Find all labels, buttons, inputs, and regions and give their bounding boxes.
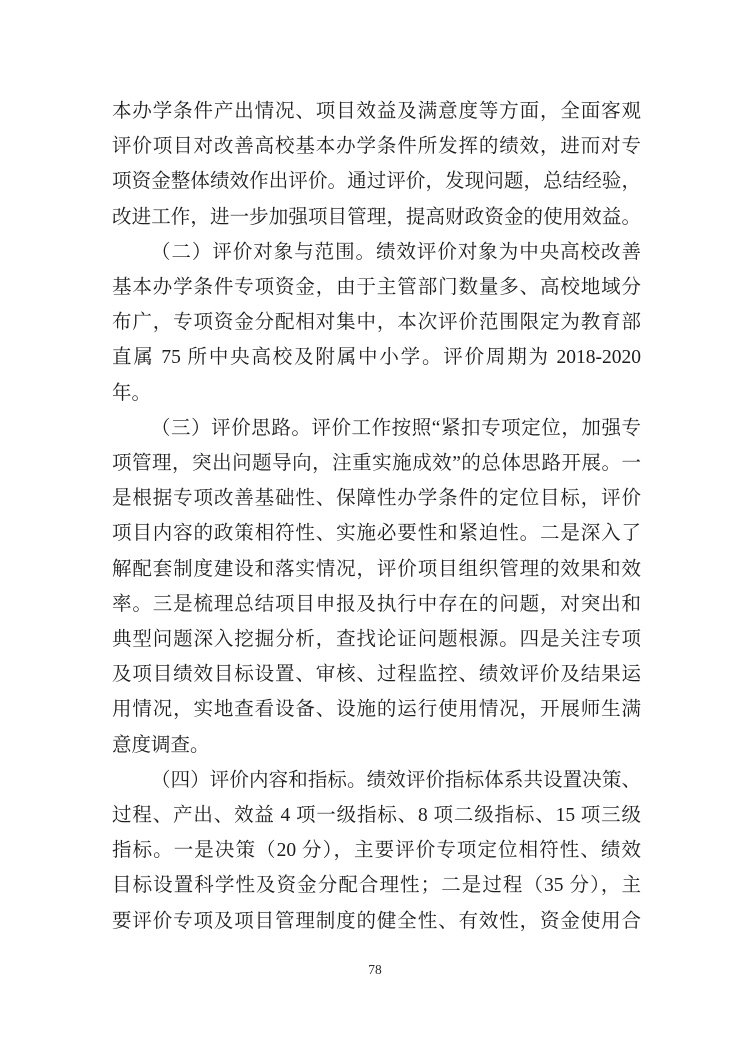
text-line: 项管理，突出问题导向，注重实施成效”的总体思路开展。一	[112, 446, 641, 481]
text-line: （四）评价内容和指标。绩效评价指标体系共设置决策、	[112, 763, 641, 798]
document-page: 本办学条件产出情况、项目效益及满意度等方面，全面客观评价项目对改善高校基本办学条…	[0, 0, 750, 1060]
text-line: 意度调查。	[112, 728, 641, 763]
page-number: 78	[0, 962, 750, 978]
text-line: 年。	[112, 376, 641, 411]
text-line: 项资金整体绩效作出评价。通过评价，发现问题，总结经验，	[112, 164, 641, 199]
text-line: 典型问题深入挖掘分析，查找论证问题根源。四是关注专项	[112, 622, 641, 657]
text-line: 是根据专项改善基础性、保障性办学条件的定位目标，评价	[112, 481, 641, 516]
text-line: 本办学条件产出情况、项目效益及满意度等方面，全面客观	[112, 94, 641, 129]
text-line: （二）评价对象与范围。绩效评价对象为中央高校改善	[112, 235, 641, 270]
text-line: 指标。一是决策（20 分），主要评价专项定位相符性、绩效	[112, 833, 641, 868]
text-line: 解配套制度建设和落实情况，评价项目组织管理的效果和效	[112, 552, 641, 587]
text-line: 目标设置科学性及资金分配合理性；二是过程（35 分），主	[112, 868, 641, 903]
text-line: （三）评价思路。评价工作按照“紧扣专项定位，加强专	[112, 411, 641, 446]
text-line: 率。三是梳理总结项目申报及执行中存在的问题，对突出和	[112, 587, 641, 622]
text-line: 项目内容的政策相符性、实施必要性和紧迫性。二是深入了	[112, 516, 641, 551]
text-line: 要评价专项及项目管理制度的健全性、有效性，资金使用合	[112, 904, 641, 939]
text-line: 基本办学条件专项资金，由于主管部门数量多、高校地域分	[112, 270, 641, 305]
text-line: 过程、产出、效益 4 项一级指标、8 项二级指标、15 项三级	[112, 798, 641, 833]
text-line: 直属 75 所中央高校及附属中小学。评价周期为 2018-2020	[112, 340, 641, 375]
text-line: 及项目绩效目标设置、审核、过程监控、绩效评价及结果运	[112, 657, 641, 692]
text-line: 评价项目对改善高校基本办学条件所发挥的绩效，进而对专	[112, 129, 641, 164]
text-line: 改进工作，进一步加强项目管理，提高财政资金的使用效益。	[112, 200, 641, 235]
text-line: 用情况，实地查看设备、设施的运行使用情况，开展师生满	[112, 692, 641, 727]
document-body-text: 本办学条件产出情况、项目效益及满意度等方面，全面客观评价项目对改善高校基本办学条…	[112, 94, 641, 939]
text-line: 布广，专项资金分配相对集中，本次评价范围限定为教育部	[112, 305, 641, 340]
